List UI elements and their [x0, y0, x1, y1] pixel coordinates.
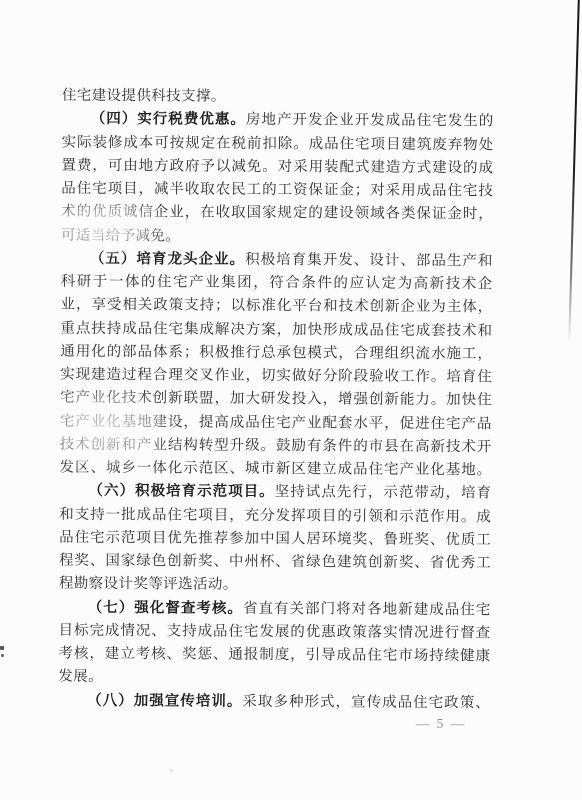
section-heading: （八）加强宣传培训。	[87, 692, 242, 709]
text-line: 发展。	[58, 666, 490, 692]
document-body: 住宅建设提供科技支撑。（四）实行税费优惠。房地产开发企业开发成品住宅发生的实际装…	[58, 85, 494, 715]
text-line: （六）积极培育示范项目。坚持试点先行，示范带动，培育	[59, 480, 491, 506]
body-text: 采取多种形式，宣传成品住宅政策、	[242, 693, 490, 711]
body-text: 术的优质诚信企业，在收取国家规定的建设领域各类保证金时，	[61, 204, 493, 223]
body-text: 科研于一体的住宅产业集团，符合条件的应认定为高新技术企	[61, 274, 493, 293]
text-line: 置费，可由地方政府予以减免。对采用装配式建造方式建设的成	[61, 154, 493, 180]
page-number: — 5 —	[406, 716, 476, 732]
text-line: 品住宅示范项目优先推荐参加中国人居环境奖、鲁班奖、优质工	[59, 526, 491, 552]
scan-speck	[1, 654, 4, 657]
body-text: 实际装修成本可按规定在税前扣除。成品住宅项目建筑废弃物处	[62, 134, 494, 153]
body-text: 发展。	[58, 669, 103, 685]
text-line: 住宅建设提供科技支撑。	[62, 85, 494, 111]
text-line: 程勘察设计奖等评选活动。	[59, 573, 491, 599]
body-text: 房地产开发企业开发成品住宅发生的	[246, 112, 494, 130]
section-heading: （五）培育龙头企业。	[90, 251, 245, 268]
text-line: 重点扶持成品住宅集成解决方案，加快形成成品住宅成套技术和	[60, 317, 492, 343]
body-text: 宅产业化基地建设，提高成品住宅产业配套水平，促进住宅产品	[60, 413, 492, 432]
body-text: 目标完成情况、支持成品住宅发展的优惠政策落实情况进行督查	[59, 622, 491, 641]
text-line: 科研于一体的住宅产业集团，符合条件的应认定为高新技术企	[61, 271, 493, 297]
text-line: 术的优质诚信企业，在收取国家规定的建设领域各类保证金时，	[61, 201, 493, 227]
text-line: 技术创新和产业结构转型升级。鼓励有条件的市县在高新技术开	[60, 433, 492, 459]
scan-artifact-line	[568, 0, 580, 344]
text-line: （五）培育龙头企业。积极培育集开发、设计、部品生产和	[61, 247, 493, 273]
body-text: 积极培育集开发、设计、部品生产和	[245, 252, 493, 270]
text-line: 发区、城乡一体化示范区、城市新区建立成品住宅产业化基地。	[60, 457, 492, 483]
text-line: （八）加强宣传培训。采取多种形式，宣传成品住宅政策、	[58, 689, 490, 715]
body-text: 程奖、国家绿色创新奖、中州杯、省绿色建筑创新奖、省优秀工	[59, 553, 491, 572]
section-heading: （六）积极培育示范项目。	[88, 483, 274, 500]
section-heading: （四）实行税费优惠。	[91, 111, 246, 128]
text-line: 实现建造过程合理交叉作业，切实做好分阶段验收工作。培育住	[60, 364, 492, 390]
body-text: 技术创新和产业结构转型升级。鼓励有条件的市县在高新技术开	[60, 436, 492, 455]
body-text: 考核，建立考核、奖惩、通报制度，引导成品住宅市场持续健康	[58, 646, 490, 665]
text-line: 可适当给予减免。	[61, 224, 493, 250]
scan-speck	[0, 646, 4, 650]
body-text: 住宅建设提供科技支撑。	[62, 88, 226, 105]
body-text: 省直有关部门将对各地新建成品住宅	[243, 600, 491, 618]
body-text: 业，享受相关政策支持；以标准化平台和技术创新企业为主体，	[61, 297, 493, 316]
body-text: 和支持一批成品住宅项目，充分发挥项目的引领和示范作用。成	[59, 506, 491, 525]
text-line: 品住宅项目，减半收取农民工的工资保证金；对采用成品住宅技	[61, 178, 493, 204]
text-line: 业，享受相关政策支持；以标准化平台和技术创新企业为主体，	[61, 294, 493, 320]
body-text: 程勘察设计奖等评选活动。	[59, 576, 238, 593]
body-text: 通用化的部品体系；积极推行总承包模式，合理组织流水施工，	[60, 343, 492, 362]
body-text: 品住宅示范项目优先推荐参加中国人居环境奖、鲁班奖、优质工	[59, 529, 491, 548]
text-line: 宅产业化技术创新联盟，加大研发投入，增强创新能力。加快住	[60, 387, 492, 413]
body-text: 发区、城乡一体化示范区、城市新区建立成品住宅产业化基地。	[60, 460, 492, 479]
body-text: 重点扶持成品住宅集成解决方案，加快形成成品住宅成套技术和	[60, 320, 492, 339]
scanned-page: 住宅建设提供科技支撑。（四）实行税费优惠。房地产开发企业开发成品住宅发生的实际装…	[0, 0, 582, 800]
body-text: 实现建造过程合理交叉作业，切实做好分阶段验收工作。培育住	[60, 367, 492, 386]
text-line: 目标完成情况、支持成品住宅发展的优惠政策落实情况进行督查	[59, 619, 491, 645]
text-line: 和支持一批成品住宅项目，充分发挥项目的引领和示范作用。成	[59, 503, 491, 529]
text-line: 宅产业化基地建设，提高成品住宅产业配套水平，促进住宅产品	[60, 410, 492, 436]
text-line: 通用化的部品体系；积极推行总承包模式，合理组织流水施工，	[60, 340, 492, 366]
body-text: 宅产业化技术创新联盟，加大研发投入，增强创新能力。加快住	[60, 390, 492, 409]
section-heading: （七）强化督查考核。	[88, 599, 243, 616]
scan-speck	[170, 769, 173, 772]
body-text: 品住宅项目，减半收取农民工的工资保证金；对采用成品住宅技	[61, 181, 493, 200]
text-line: 程奖、国家绿色创新奖、中州杯、省绿色建筑创新奖、省优秀工	[59, 550, 491, 576]
body-text: 坚持试点先行，示范带动，培育	[275, 484, 492, 501]
text-line: （七）强化督查考核。省直有关部门将对各地新建成品住宅	[59, 596, 491, 622]
text-line: （四）实行税费优惠。房地产开发企业开发成品住宅发生的	[62, 108, 494, 134]
body-text: 可适当给予减免。	[61, 227, 180, 244]
text-line: 考核，建立考核、奖惩、通报制度，引导成品住宅市场持续健康	[58, 643, 490, 669]
text-line: 实际装修成本可按规定在税前扣除。成品住宅项目建筑废弃物处	[61, 131, 493, 157]
body-text: 置费，可由地方政府予以减免。对采用装配式建造方式建设的成	[61, 157, 493, 176]
